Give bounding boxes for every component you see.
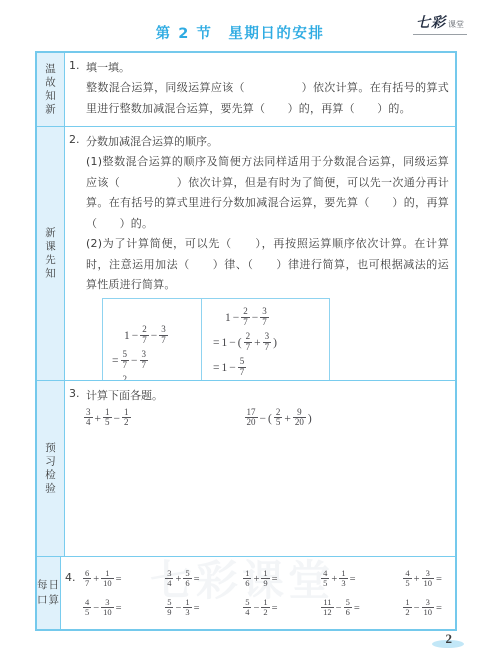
- math-expression: =27: [111, 374, 195, 382]
- page-number: 2: [428, 631, 464, 649]
- fraction: 1720: [245, 408, 258, 428]
- worked-example-method-1: 1−27−37=57−37=27: [103, 299, 202, 382]
- workbook-page: 七彩 课堂 第 2 节 星期日的安排 七彩课堂 温故知新 1. 填一填。 整数混…: [0, 0, 480, 655]
- fraction: 12: [403, 598, 411, 617]
- math-expression: =1−(27+37): [212, 331, 323, 356]
- fraction: 67: [83, 569, 91, 588]
- fraction: 34: [165, 569, 173, 588]
- section-preview-check-label: 预习检验: [37, 381, 65, 556]
- math-expression: 1720−(25+920): [244, 409, 313, 429]
- rule-paragraph-2: (2)为了计算简便，可以先（ ），再按照运算顺序依次计算。在计算时，注意运用加法…: [86, 234, 449, 296]
- section-review: 温故知新 1. 填一填。 整数混合运算，同级运算应该（ ）依次计算。在有括号的算…: [37, 53, 455, 127]
- rule-paragraph-1: (1)整数混合运算的顺序及简便方法同样适用于分数混合运算，同级运算应该（ ）依次…: [86, 152, 449, 234]
- fraction: 56: [344, 598, 352, 617]
- fraction: 15: [103, 408, 112, 428]
- fraction: 34: [84, 408, 93, 428]
- fraction: 25: [274, 408, 283, 428]
- fraction: 27: [241, 307, 250, 327]
- math-expression: 1−27−37: [111, 324, 195, 349]
- math-expression: 34+15−12: [83, 409, 132, 429]
- fraction: 37: [263, 332, 272, 352]
- worked-example-method-2: 1−27−37=1−(27+37)=1−57=27: [202, 299, 329, 382]
- item-title: 填一填。: [86, 58, 449, 78]
- fraction: 12: [261, 598, 269, 617]
- math-expression: =57−37: [111, 349, 195, 374]
- fraction: 920: [293, 408, 306, 428]
- fraction: 45: [83, 598, 91, 617]
- fraction: 45: [403, 569, 411, 588]
- section-new-lesson-label: 新课先知: [37, 127, 65, 380]
- math-expression: 1−27−37: [212, 306, 323, 331]
- exercise-item-3: 3. 计算下面各题。: [69, 386, 449, 406]
- oral-calculation-grid: 67+110=34+56=16+19=45+13=45+310=45−310=5…: [82, 570, 449, 618]
- fraction: 16: [243, 569, 251, 588]
- section-review-label: 温故知新: [37, 53, 65, 126]
- brand-logo: 七彩 课堂: [413, 12, 467, 35]
- math-expression: 34+56=: [164, 570, 200, 589]
- page-number-text: 2: [446, 631, 453, 647]
- item-number: 4.: [65, 570, 82, 618]
- math-expression: =1−57: [212, 356, 323, 381]
- calculation-problems: 34+15−121720−(25+920): [69, 409, 449, 429]
- fraction: 12: [122, 408, 131, 428]
- math-expression: 45+310=: [402, 570, 443, 589]
- section-preview-check-content: 3. 计算下面各题。 34+15−121720−(25+920): [65, 381, 455, 556]
- fraction: 13: [183, 598, 191, 617]
- item-number: 2.: [69, 132, 86, 381]
- worksheet-table: 温故知新 1. 填一填。 整数混合运算，同级运算应该（ ）依次计算。在有括号的算…: [35, 51, 457, 631]
- section-new-lesson: 新课先知 2. 分数加减混合运算的顺序。 (1)整数混合运算的顺序及简便方法同样…: [37, 127, 455, 381]
- math-expression: 45−310=: [82, 599, 123, 618]
- math-expression: 1112−56=: [320, 599, 361, 618]
- fraction: 37: [260, 307, 269, 327]
- math-expression: 59−13=: [164, 599, 200, 618]
- page-title: 第 2 节 星期日的安排: [0, 22, 480, 43]
- section-daily-oral-label: 每日口算: [37, 557, 61, 629]
- brand-logo-main: 七彩: [416, 12, 446, 32]
- item-title: 分数加减混合运算的顺序。: [86, 132, 449, 152]
- item-title: 计算下面各题。: [86, 386, 449, 406]
- math-expression: 16+19=: [242, 570, 278, 589]
- section-daily-oral: 每日口算 4. 67+110=34+56=16+19=45+13=45+310=…: [37, 557, 455, 629]
- brand-logo-sub: 课堂: [448, 19, 464, 30]
- math-expression: 45+13=: [320, 570, 361, 589]
- fraction: 59: [165, 598, 173, 617]
- fraction: 54: [243, 598, 251, 617]
- item-number: 3.: [69, 386, 86, 406]
- math-expression: 54−12=: [242, 599, 278, 618]
- fraction: 27: [140, 325, 149, 345]
- section-review-content: 1. 填一填。 整数混合运算，同级运算应该（ ）依次计算。在有括号的算式里进行整…: [65, 53, 455, 126]
- fraction: 310: [101, 598, 114, 617]
- section-daily-oral-content: 4. 67+110=34+56=16+19=45+13=45+310=45−31…: [61, 557, 455, 629]
- fraction: 110: [101, 569, 114, 588]
- fraction: 310: [422, 598, 435, 617]
- fraction: 1112: [321, 598, 334, 617]
- fraction: 27: [244, 332, 253, 352]
- math-expression: 67+110=: [82, 570, 123, 589]
- fraction: 19: [261, 569, 269, 588]
- fraction: 45: [321, 569, 329, 588]
- section-preview-check: 预习检验 3. 计算下面各题。 34+15−121720−(25+920): [37, 381, 455, 557]
- math-expression: 12−310=: [402, 599, 443, 618]
- exercise-item-2: 2. 分数加减混合运算的顺序。 (1)整数混合运算的顺序及简便方法同样适用于分数…: [69, 132, 449, 381]
- fraction: 310: [422, 569, 435, 588]
- item-number: 1.: [69, 58, 86, 119]
- exercise-item-1: 1. 填一填。 整数混合运算，同级运算应该（ ）依次计算。在有括号的算式里进行整…: [69, 58, 449, 119]
- fraction: 37: [140, 350, 149, 370]
- fraction: 37: [159, 325, 168, 345]
- fraction: 56: [183, 569, 191, 588]
- fill-in-blank-text: 整数混合运算，同级运算应该（ ）依次计算。在有括号的算式里进行整数加减混合运算，…: [86, 78, 449, 119]
- fraction: 57: [121, 350, 130, 370]
- fraction: 13: [339, 569, 347, 588]
- fraction: 57: [238, 357, 247, 377]
- worked-example-box: 1−27−37=57−37=27 1−27−37=1−(27+37)=1−57=…: [102, 298, 330, 382]
- section-new-lesson-content: 2. 分数加减混合运算的顺序。 (1)整数混合运算的顺序及简便方法同样适用于分数…: [65, 127, 455, 380]
